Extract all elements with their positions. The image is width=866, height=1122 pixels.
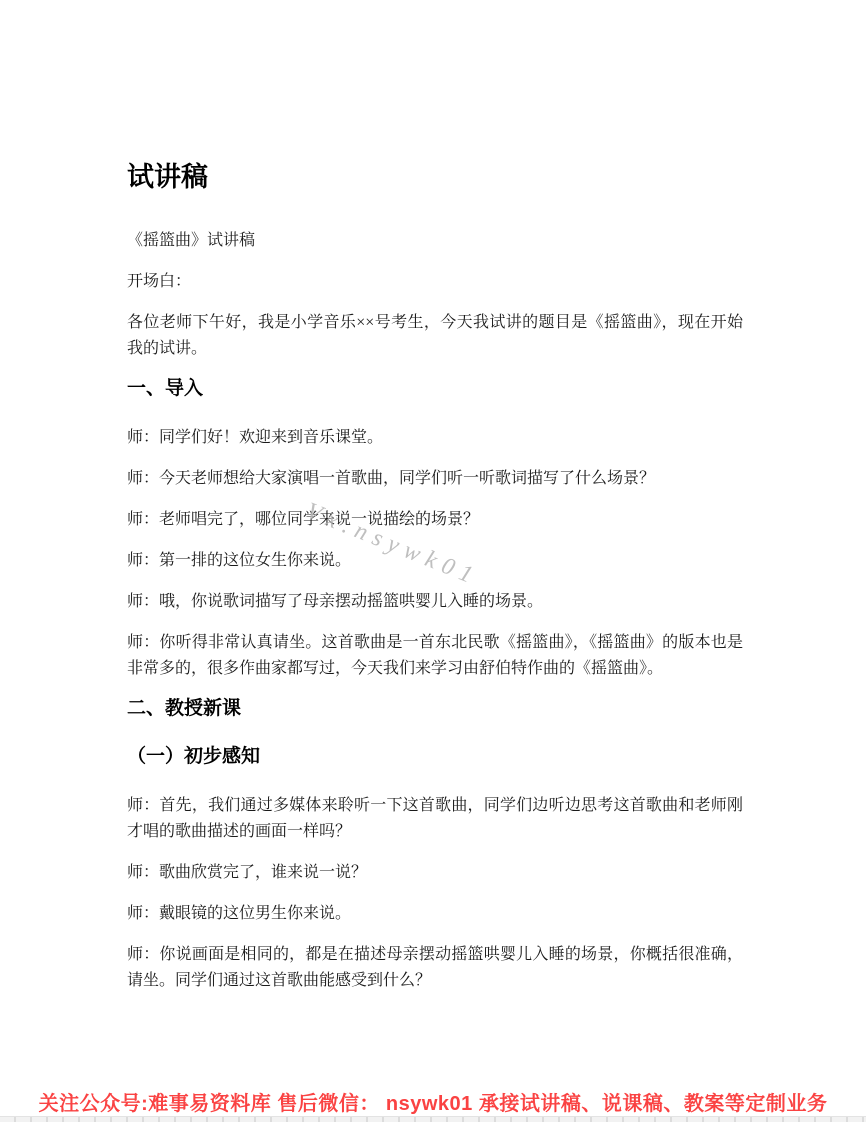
paragraph-teacher-line: 师：老师唱完了，哪位同学来说一说描绘的场景？ [127, 507, 743, 533]
promo-footer-banner: 关注公众号:难事易资料库 售后微信： nsywk01 承接试讲稿、说课稿、教案等… [0, 1093, 866, 1115]
paragraph-teacher-line: 师：今天老师想给大家演唱一首歌曲，同学们听一听歌词描写了什么场景？ [127, 466, 743, 492]
paragraph-teacher-line: 师：你听得非常认真请坐。这首歌曲是一首东北民歌《摇篮曲》，《摇篮曲》的版本也是非… [127, 630, 743, 682]
paragraph-teacher-line: 师：首先，我们通过多媒体来聆听一下这首歌曲，同学们边听边思考这首歌曲和老师刚才唱… [127, 793, 743, 845]
paragraph-teacher-line: 师：第一排的这位女生你来说。 [127, 548, 743, 574]
paragraph-teacher-line: 师：哦，你说歌词描写了母亲摆动摇篮哄婴儿入睡的场景。 [127, 589, 743, 615]
paragraph-subtitle: 《摇篮曲》试讲稿 [127, 228, 743, 254]
paragraph-teacher-line: 师：同学们好！欢迎来到音乐课堂。 [127, 425, 743, 451]
paragraph-teacher-line: 师：歌曲欣赏完了，谁来说一说？ [127, 860, 743, 886]
document-page: 试讲稿 《摇篮曲》试讲稿 开场白： 各位老师下午好，我是小学音乐××号考生，今天… [0, 0, 866, 1122]
document-body: 试讲稿 《摇篮曲》试讲稿 开场白： 各位老师下午好，我是小学音乐××号考生，今天… [127, 0, 743, 1009]
page-bottom-edge [0, 1116, 866, 1122]
subsection-heading-perception: （一）初步感知 [127, 745, 743, 769]
paragraph-teacher-line: 师：你说画面是相同的，都是在描述母亲摆动摇篮哄婴儿入睡的场景，你概括很准确，请坐… [127, 942, 743, 994]
paragraph-teacher-line: 师：戴眼镜的这位男生你来说。 [127, 901, 743, 927]
section-heading-intro: 一、导入 [127, 377, 743, 401]
document-title: 试讲稿 [127, 160, 743, 194]
section-heading-new-lesson: 二、教授新课 [127, 697, 743, 721]
paragraph-opening: 各位老师下午好，我是小学音乐××号考生，今天我试讲的题目是《摇篮曲》，现在开始我… [127, 310, 743, 362]
paragraph-opening-label: 开场白： [127, 269, 743, 295]
